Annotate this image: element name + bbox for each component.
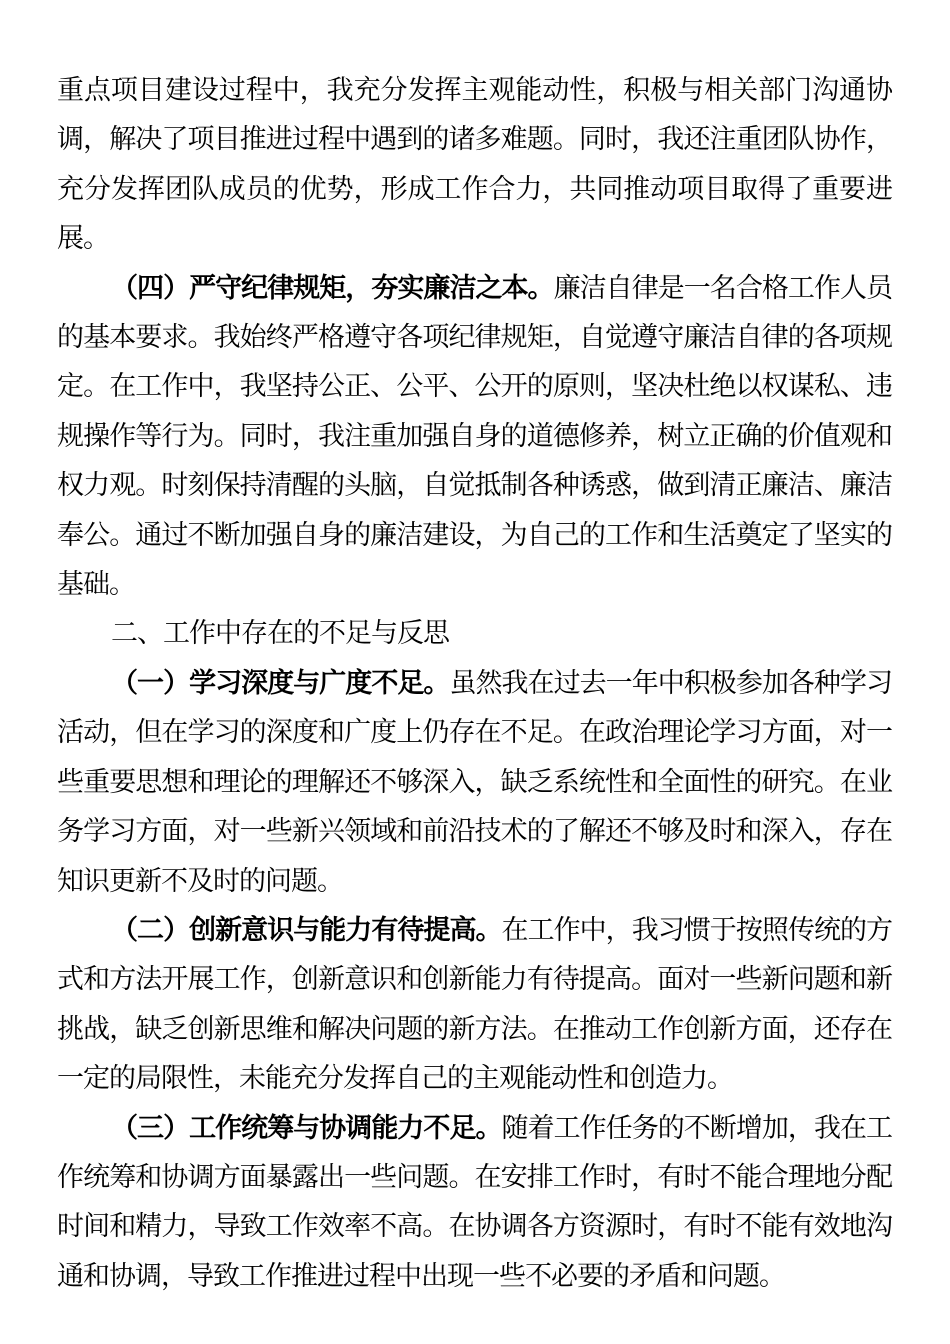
paragraph-lead-bold: （一）学习深度与广度不足。 — [111, 668, 449, 698]
paragraph-item-2-innovation: （二）创新意识与能力有待提高。在工作中，我习惯于按照传统的方式和方法开展工作，创… — [57, 906, 892, 1104]
paragraph-lead-bold: （三）工作统筹与协调能力不足。 — [111, 1113, 502, 1143]
paragraph-lead-bold: （二）创新意识与能力有待提高。 — [111, 915, 502, 945]
document-page: 重点项目建设过程中，我充分发挥主观能动性，积极与相关部门沟通协调，解决了项目推进… — [0, 0, 950, 1344]
paragraph-item-3-coordination: （三）工作统筹与协调能力不足。随着工作任务的不断增加，我在工作统筹和协调方面暴露… — [57, 1104, 892, 1302]
paragraph-lead-bold: （四）严守纪律规矩，夯实廉洁之本。 — [111, 273, 554, 303]
paragraph-continuation-key-projects: 重点项目建设过程中，我充分发挥主观能动性，积极与相关部门沟通协调，解决了项目推进… — [57, 66, 892, 264]
heading-part-2-shortcomings: 二、工作中存在的不足与反思 — [57, 609, 892, 658]
heading-text: 二、工作中存在的不足与反思 — [111, 618, 449, 648]
paragraph-item-1-learning-depth: （一）学习深度与广度不足。虽然我在过去一年中积极参加各种学习活动，但在学习的深度… — [57, 659, 892, 906]
paragraph-body-text: 重点项目建设过程中，我充分发挥主观能动性，积极与相关部门沟通协调，解决了项目推进… — [57, 75, 892, 253]
paragraph-section-4-discipline: （四）严守纪律规矩，夯实廉洁之本。廉洁自律是一名合格工作人员的基本要求。我始终严… — [57, 264, 892, 610]
paragraph-body-text: 廉洁自律是一名合格工作人员的基本要求。我始终严格遵守各项纪律规矩，自觉遵守廉洁自… — [57, 273, 892, 599]
paragraph-body-text: 虽然我在过去一年中积极参加各种学习活动，但在学习的深度和广度上仍存在不足。在政治… — [57, 668, 892, 896]
